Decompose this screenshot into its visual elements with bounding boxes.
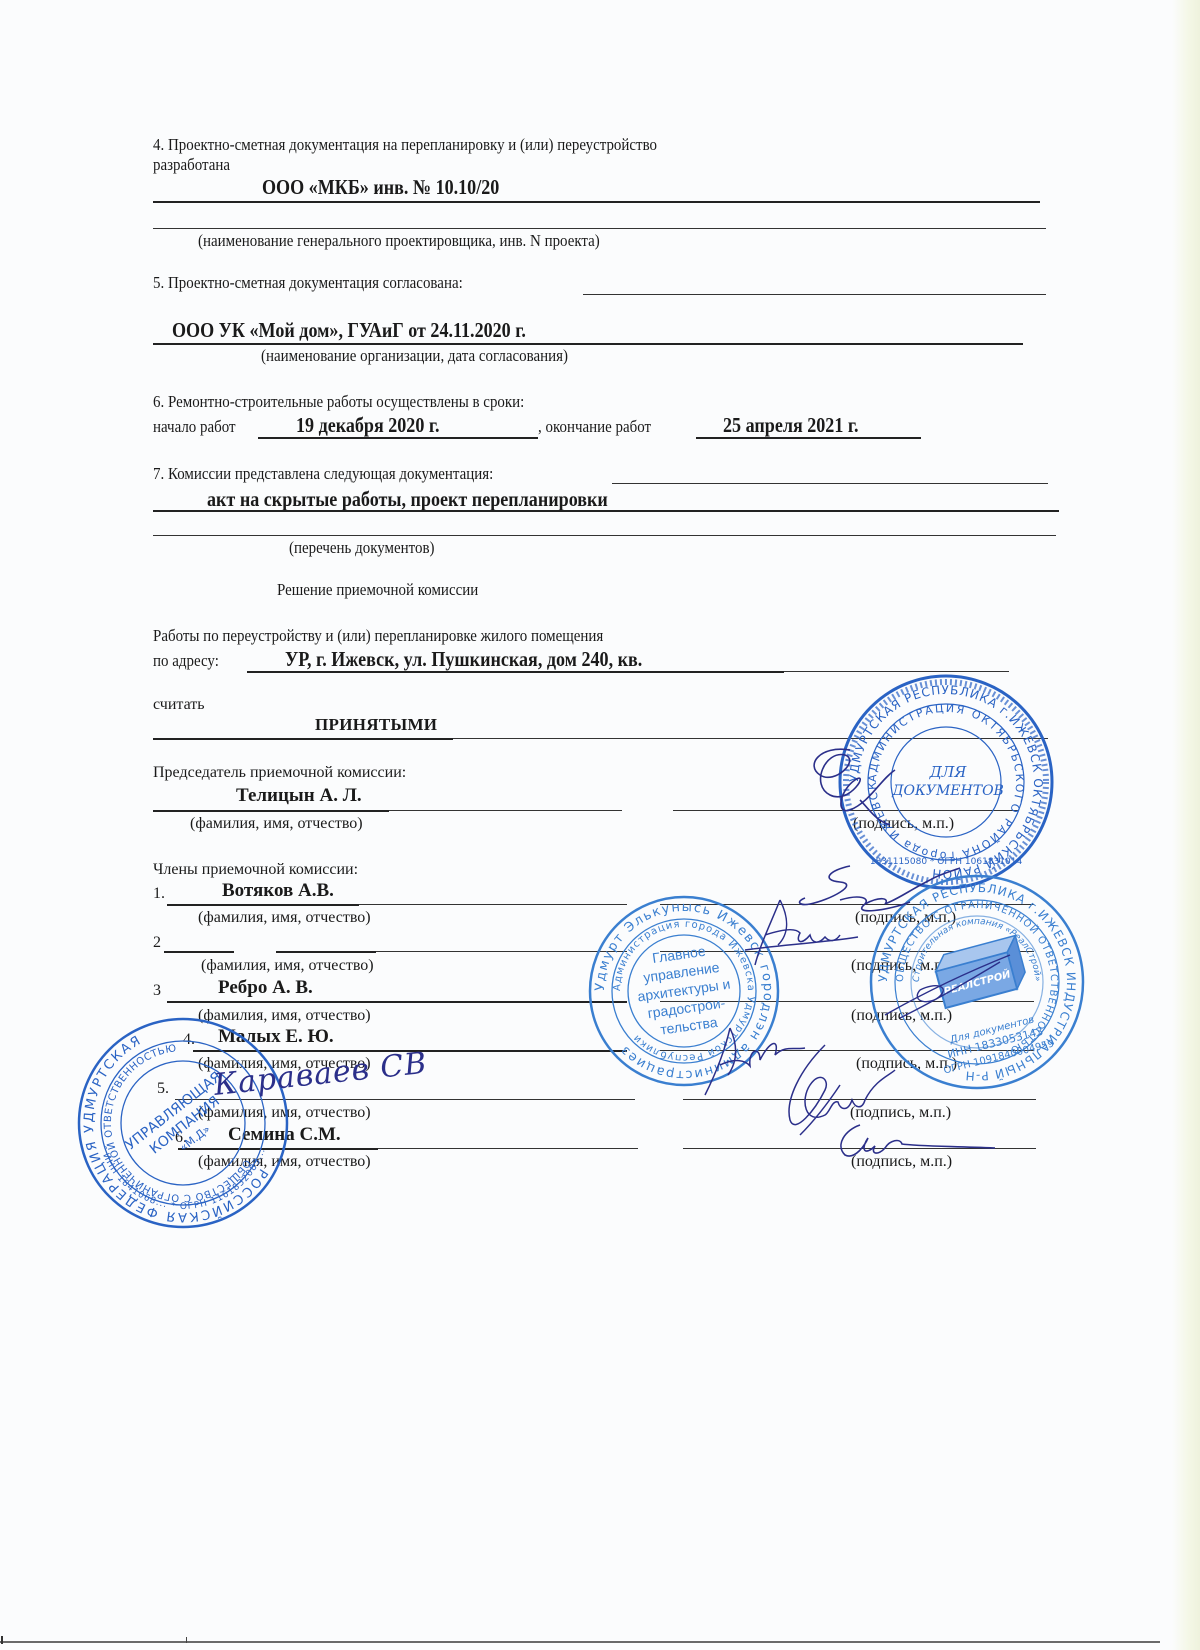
section5-value-line [153,343,1023,345]
section6-end-line [696,437,921,439]
member-4-name-line [193,1050,627,1052]
section5-label-line [583,294,1046,295]
member-2-sign-caption: (подпись, м.п.) [851,957,952,975]
member-1-sign-line [660,904,1034,905]
member-3-name: Ребро А. В. [218,979,313,997]
member-6-underline [178,1148,378,1150]
section7-extra-line [153,535,1056,536]
member-2-name-line [376,951,627,952]
consider-line [453,738,1048,739]
chairman-name-underline [153,810,389,812]
scan-edge-tint [1172,0,1200,1650]
member-6-name: Семина С.М. [228,1126,341,1144]
chairman-sign-caption: (подпись, м.п.) [853,815,954,833]
section6-end-label: , окончание работ [538,418,651,436]
member-3-sign-caption: (подпись, м.п.) [851,1007,952,1025]
member-3-number: 3 [153,982,161,1000]
stamp-oktyabrsky-administration: УДМУРТСКАЯ РЕСПУБЛИКА г.ИЖЕВСК ОКТЯБРЬСК… [836,672,1056,892]
section7-value: акт на скрытые работы, проект перепланир… [207,488,608,510]
member-6-number: 6. [175,1129,187,1147]
chairman-name: Телицын А. Л. [236,787,362,805]
scan-edge-mark [1,1636,3,1644]
consider-value: ПРИНЯТЫМИ [315,716,437,734]
member-4-name: Малых Е. Ю. [218,1028,334,1046]
consider-label: считать [153,696,205,714]
member-2-signature [740,895,860,975]
member-3-name-line [167,1001,627,1003]
member-5-number: 5. [157,1080,169,1098]
stamp-guaig-center-4: градострои- [647,994,727,1021]
member-1-name-caption: (фамилия, имя, отчество) [198,909,371,927]
member-2-name-caption: (фамилия, имя, отчество) [201,957,374,975]
member-2-underline-b [276,951,376,953]
stamp-guaig-center-5: тельства [659,1014,718,1038]
scan-edge-mark [186,1637,187,1643]
member-5-name-caption: (фамилия, имя, отчество) [198,1104,371,1122]
member-4-sign-caption: (подпись, м.п.) [856,1055,957,1073]
decision-works-text: Работы по переустройству и (или) перепла… [153,627,603,645]
member-4-number: 4. [183,1031,195,1049]
stamp-oktyabrsky-bottom: 1831115080 * ОГРН 1061831014 [870,857,1023,867]
stamp-realstroy-bottom-3: ОГРН 1091840004959 [943,1038,1056,1076]
section7-value-line [153,510,1059,512]
stamp-guaig: Удмурт Элькунысь Ижевск городлэн админис… [586,893,782,1089]
stamp-guaig-center-2: управление [642,959,720,986]
member-1-underline [167,904,359,906]
member-6-name-line [378,1148,638,1149]
member-6-sign-line [683,1148,1036,1149]
stamp-guaig-outer-text: Удмурт Элькунысь Ижевск городлэн админис… [593,900,775,1082]
member-5-name-line [175,1099,635,1100]
svg-text:Администрация города Ижевска У: Администрация города Ижевска Удмуртской … [612,919,756,1063]
stamp-realstroy-logo: РЕАЛСТРОЙ [942,967,1012,997]
chairman-name-caption: (фамилия, имя, отчество) [190,815,363,833]
section5-label: 5. Проектно-сметная документация согласо… [153,274,463,292]
stamp-oktyabrsky-outer-text: УДМУРТСКАЯ РЕСПУБЛИКА г.ИЖЕВСК ОКТЯБРЬСК… [847,683,1045,882]
section6-start-line [258,437,538,439]
member-1-number: 1. [153,885,165,903]
section6-start-value: 19 декабря 2020 г. [296,414,440,436]
address-label: по адресу: [153,652,219,670]
address-value: УР, г. Ижевск, ул. Пушкинская, дом 240, … [285,648,642,670]
member-3-sign-line [660,1001,1034,1002]
member-5-sign-line [683,1099,1036,1100]
member-6-name-caption: (фамилия, имя, отчество) [198,1153,371,1171]
section4-label: 4. Проектно-сметная документация на пере… [153,136,657,154]
member-1-name: Вотяков А.В. [222,882,334,900]
member-4-name-caption: (фамилия, имя, отчество) [198,1055,371,1073]
section7-caption: (перечень документов) [289,539,435,557]
address-rest-line [784,671,1009,672]
member-1-name-line [359,904,627,905]
member-2-sign-line [660,951,1034,952]
member-5-sign-caption: (подпись, м.п.) [850,1104,951,1122]
section4-extra-line [153,228,1046,229]
section5-value: ООО УК «Мой дом», ГУАиГ от 24.11.2020 г. [172,319,526,341]
stamp-oktyabrsky-center-1: ДЛЯ [929,763,968,781]
section4-label-cont: разработана [153,156,230,174]
section4-caption: (наименование генерального проектировщик… [198,232,600,250]
stamp-guaig-center-1: Главное [651,943,706,966]
decision-title: Решение приемочной комиссии [277,581,478,599]
section4-value-line [153,201,1040,203]
section7-label: 7. Комиссии представлена следующая докум… [153,465,493,483]
section6-start-label: начало работ [153,418,236,436]
member-3-name-caption: (фамилия, имя, отчество) [198,1007,371,1025]
section6-label: 6. Ремонтно-строительные работы осуществ… [153,393,524,411]
member-6-sign-caption: (подпись, м.п.) [851,1153,952,1171]
chairman-label: Председатель приемочной комиссии: [153,764,406,782]
section7-label-line [612,483,1048,484]
chairman-name-line [389,810,622,811]
member-1-sign-caption: (подпись, м.п.) [855,909,956,927]
member-4-sign-line [660,1050,1034,1051]
svg-text:УДМУРТСКАЯ РЕСПУБЛИКА г.ИЖЕВСК: УДМУРТСКАЯ РЕСПУБЛИКА г.ИЖЕВСК ОКТЯБРЬСК… [847,683,1045,882]
section6-end-value: 25 апреля 2021 г. [723,414,859,436]
member-4-signature [700,1020,810,1100]
member-2-underline-a [164,951,234,953]
chairman-sign-line [673,810,1018,811]
stamp-realstroy-bottom-2: ИНН 1833053143 [946,1025,1044,1061]
address-value-line [247,671,784,673]
members-label: Члены приемочной комиссии: [153,861,358,879]
section5-caption: (наименование организации, дата согласов… [261,347,568,365]
svg-text:Удмурт Элькунысь Ижевск городл: Удмурт Элькунысь Ижевск городлэн админис… [593,900,775,1082]
section4-value: ООО «МКБ» инв. № 10.10/20 [262,176,499,198]
stamp-oktyabrsky-center-2: ДОКУМЕНТОВ [891,783,1004,799]
stamp-realstroy-bottom-1: Для документов [948,1014,1036,1046]
consider-value-underline [153,738,453,740]
scan-edge-line [0,1641,1160,1643]
stamp-guaig-inner-text: Администрация города Ижевска Удмуртской … [612,919,756,1063]
member-2-number: 2 [153,934,161,952]
